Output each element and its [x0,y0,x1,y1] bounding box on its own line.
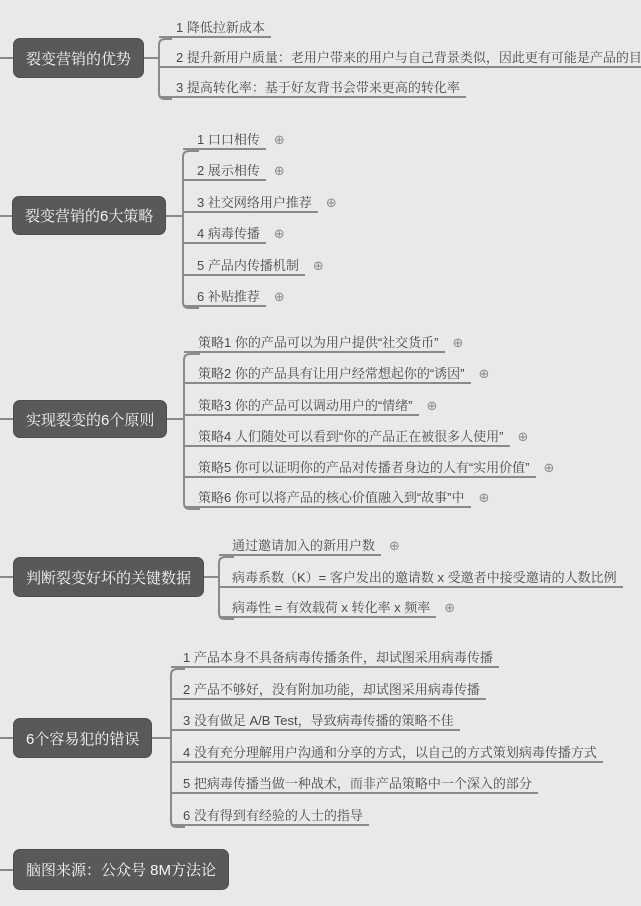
expand-icon[interactable]: ⊕ [266,224,285,244]
subtopic-label: 通过邀请加入的新用户数 [232,538,375,553]
expand-icon[interactable]: ⊕ [318,193,337,213]
expand-icon[interactable]: ⊕ [266,130,285,150]
subtopic-label: 策略5 你可以证明你的产品对传播者身边的人有“实用价值” [198,460,530,475]
subtopic-principle-4[interactable]: 策略4 人们随处可以看到“你的产品正在被很多人使用” ⊕ [184,427,510,447]
subtopic-label: 策略4 人们随处可以看到“你的产品正在被很多人使用” [198,429,504,444]
subtopic-label: 2 提升新用户质量：老用户带来的用户与自己背景类似，因此更有可能是产品的目标用户 [176,50,641,65]
subtopic-label: 策略2 你的产品具有让用户经常想起你的“诱因” [198,366,465,381]
expand-icon[interactable]: ⊕ [471,364,490,384]
subtopic-label: 1 降低拉新成本 [176,20,265,35]
subtopic-label: 4 没有充分理解用户沟通和分享的方式，以自己的方式策划病毒传播方式 [183,745,597,760]
subtopic-strategy-5[interactable]: 5 产品内传播机制 ⊕ [183,256,305,276]
subtopic-strategy-4[interactable]: 4 病毒传播 ⊕ [183,224,266,244]
subtopic-principle-3[interactable]: 策略3 你的产品可以调动用户的“情绪” ⊕ [184,396,419,416]
subtopic-principle-5[interactable]: 策略5 你可以证明你的产品对传播者身边的人有“实用价值” ⊕ [184,458,536,478]
subtopic-label: 策略6 你可以将产品的核心价值融入到“故事”中 [198,490,465,505]
subtopic-mistake-6[interactable]: 6 没有得到有经验的人士的指导 [171,806,369,826]
subtopic-advantage-3[interactable]: 3 提高转化率：基于好友背书会带来更高的转化率 [159,78,466,98]
expand-icon[interactable]: ⊕ [266,161,285,181]
topic-principles[interactable]: 实现裂变的6个原则 [13,400,167,438]
subtopic-mistake-1[interactable]: 1 产品本身不具备病毒传播条件，却试图采用病毒传播 [171,648,499,668]
subtopic-mistake-3[interactable]: 3 没有做足 A/B Test，导致病毒传播的策略不佳 [171,711,460,731]
subtopic-label: 1 口口相传 [197,132,260,147]
subtopic-metric-3[interactable]: 病毒性 = 有效载荷 x 转化率 x 频率 ⊕ [219,598,436,618]
topic-strategies[interactable]: 裂变营销的6大策略 [12,196,166,235]
subtopic-metric-2[interactable]: 病毒系数（K）= 客户发出的邀请数 x 受邀者中接受邀请的人数比例 [219,568,623,588]
subtopic-mistake-2[interactable]: 2 产品不够好，没有附加功能，却试图采用病毒传播 [171,680,486,700]
topic-advantages[interactable]: 裂变营销的优势 [13,38,144,78]
subtopic-mistake-4[interactable]: 4 没有充分理解用户沟通和分享的方式，以自己的方式策划病毒传播方式 [171,743,603,763]
subtopic-label: 策略1 你的产品可以为用户提供“社交货币” [198,335,439,350]
topic-metrics[interactable]: 判断裂变好坏的关键数据 [13,557,204,597]
expand-icon[interactable]: ⊕ [536,458,555,478]
expand-icon[interactable]: ⊕ [381,536,400,556]
subtopic-label: 3 社交网络用户推荐 [197,195,312,210]
subtopic-label: 2 产品不够好，没有附加功能，却试图采用病毒传播 [183,682,480,697]
expand-icon[interactable]: ⊕ [266,287,285,307]
subtopic-metric-1[interactable]: 通过邀请加入的新用户数 ⊕ [219,536,381,556]
subtopic-label: 病毒性 = 有效载荷 x 转化率 x 频率 [232,600,430,615]
subtopic-strategy-1[interactable]: 1 口口相传 ⊕ [183,130,266,150]
subtopic-label: 4 病毒传播 [197,226,260,241]
subtopic-mistake-5[interactable]: 5 把病毒传播当做一种战术，而非产品策略中一个深入的部分 [171,774,538,794]
subtopic-label: 5 产品内传播机制 [197,258,299,273]
subtopic-label: 5 把病毒传播当做一种战术，而非产品策略中一个深入的部分 [183,776,532,791]
subtopic-principle-1[interactable]: 策略1 你的产品可以为用户提供“社交货币” ⊕ [184,333,445,353]
subtopic-strategy-3[interactable]: 3 社交网络用户推荐 ⊕ [183,193,318,213]
subtopic-label: 病毒系数（K）= 客户发出的邀请数 x 受邀者中接受邀请的人数比例 [232,570,617,585]
expand-icon[interactable]: ⊕ [305,256,324,276]
subtopic-label: 3 没有做足 A/B Test，导致病毒传播的策略不佳 [183,713,454,728]
subtopic-advantage-1[interactable]: 1 降低拉新成本 [159,18,271,38]
mindmap-canvas: 裂变营销的优势 1 降低拉新成本 2 提升新用户质量：老用户带来的用户与自己背景… [0,0,641,906]
subtopic-strategy-2[interactable]: 2 展示相传 ⊕ [183,161,266,181]
expand-icon[interactable]: ⊕ [445,333,464,353]
subtopic-advantage-2[interactable]: 2 提升新用户质量：老用户带来的用户与自己背景类似，因此更有可能是产品的目标用户 [159,48,641,68]
subtopic-label: 3 提高转化率：基于好友背书会带来更高的转化率 [176,80,460,95]
subtopic-principle-2[interactable]: 策略2 你的产品具有让用户经常想起你的“诱因” ⊕ [184,364,471,384]
source-note[interactable]: 脑图来源：公众号 8M方法论 [13,849,229,890]
expand-icon[interactable]: ⊕ [419,396,438,416]
subtopic-label: 6 补贴推荐 [197,289,260,304]
expand-icon[interactable]: ⊕ [471,488,490,508]
subtopic-label: 策略3 你的产品可以调动用户的“情绪” [198,398,413,413]
expand-icon[interactable]: ⊕ [436,598,455,618]
topic-mistakes[interactable]: 6个容易犯的错误 [13,718,152,758]
subtopic-strategy-6[interactable]: 6 补贴推荐 ⊕ [183,287,266,307]
expand-icon[interactable]: ⊕ [510,427,529,447]
connector-lines [0,0,641,906]
subtopic-label: 6 没有得到有经验的人士的指导 [183,808,363,823]
subtopic-principle-6[interactable]: 策略6 你可以将产品的核心价值融入到“故事”中 ⊕ [184,488,471,508]
subtopic-label: 2 展示相传 [197,163,260,178]
subtopic-label: 1 产品本身不具备病毒传播条件，却试图采用病毒传播 [183,650,493,665]
